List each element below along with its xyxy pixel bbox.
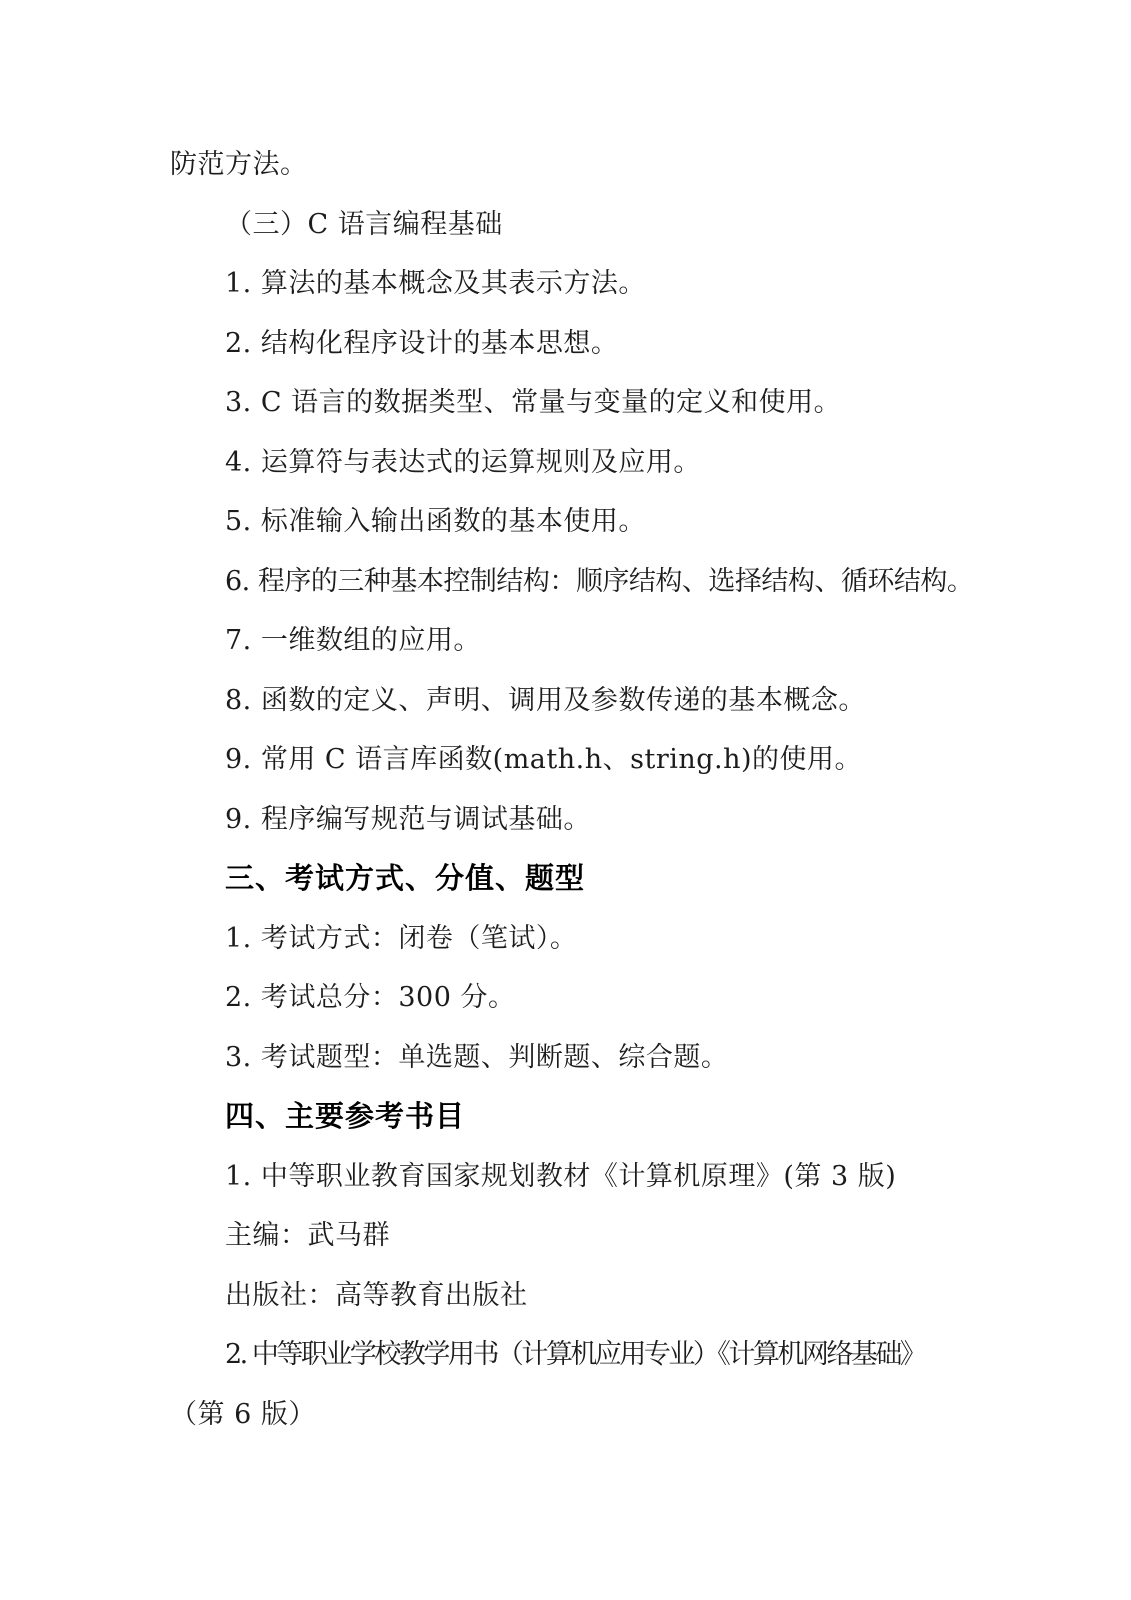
document-page: 防范方法。 （三）C 语言编程基础 1. 算法的基本概念及其表示方法。 2. 结…: [0, 0, 1131, 1600]
exam-method-line: 1. 考试方式：闭卷（笔试）。: [170, 909, 980, 969]
syllabus-item-8: 8. 函数的定义、声明、调用及参数传递的基本概念。: [170, 671, 980, 731]
exam-question-types-line: 3. 考试题型：单选题、判断题、综合题。: [170, 1028, 980, 1088]
book-editor-line: 主编：武马群: [170, 1206, 980, 1266]
document-body: 防范方法。 （三）C 语言编程基础 1. 算法的基本概念及其表示方法。 2. 结…: [170, 135, 980, 1444]
book-publisher-line: 出版社：高等教育出版社: [170, 1266, 980, 1326]
subsection-title-c-programming: （三）C 语言编程基础: [170, 195, 980, 255]
syllabus-item-2: 2. 结构化程序设计的基本思想。: [170, 314, 980, 374]
syllabus-item-6: 6. 程序的三种基本控制结构：顺序结构、选择结构、循环结构。: [170, 552, 980, 612]
book-entry-1: 1. 中等职业教育国家规划教材《计算机原理》(第 3 版): [170, 1147, 980, 1207]
syllabus-item-9-debug: 9. 程序编写规范与调试基础。: [170, 790, 980, 850]
section-heading-reference-books: 四、主要参考书目: [170, 1087, 980, 1147]
exam-total-score-line: 2. 考试总分：300 分。: [170, 968, 980, 1028]
syllabus-item-1: 1. 算法的基本概念及其表示方法。: [170, 254, 980, 314]
book-entry-2-continuation: （第 6 版）: [170, 1385, 980, 1445]
book-entry-2: 2. 中等职业学校教学用书（计算机应用专业）《计算机网络基础》: [170, 1325, 980, 1385]
syllabus-item-9-library: 9. 常用 C 语言库函数(math.h、string.h)的使用。: [170, 730, 980, 790]
syllabus-item-4: 4. 运算符与表达式的运算规则及应用。: [170, 433, 980, 493]
syllabus-item-3: 3. C 语言的数据类型、常量与变量的定义和使用。: [170, 373, 980, 433]
section-heading-exam-format: 三、考试方式、分值、题型: [170, 849, 980, 909]
paragraph-continuation: 防范方法。: [170, 135, 980, 195]
syllabus-item-5: 5. 标准输入输出函数的基本使用。: [170, 492, 980, 552]
syllabus-item-7: 7. 一维数组的应用。: [170, 611, 980, 671]
